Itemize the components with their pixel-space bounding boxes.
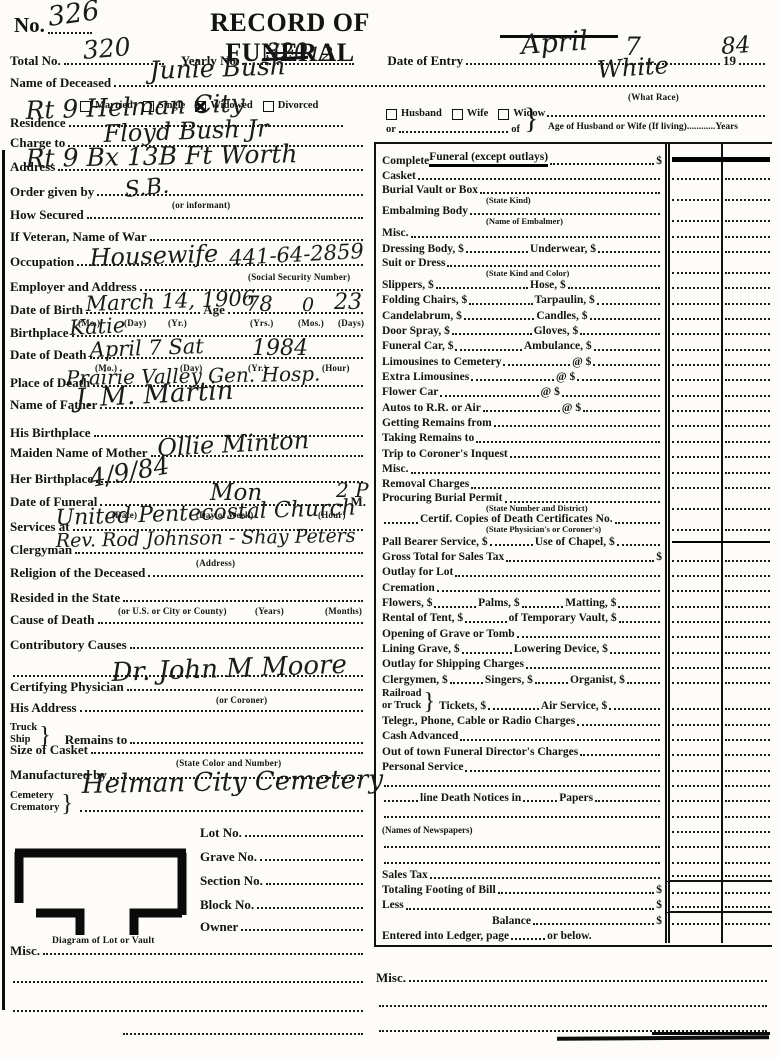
funeral-record-document: No. RECORD OF FUNERAL Total No. Yearly N… bbox=[0, 0, 779, 1058]
dotted-line bbox=[466, 251, 528, 253]
truck-label: Truck bbox=[10, 722, 37, 734]
charge-label: Cash Advanced bbox=[376, 729, 665, 744]
dotted-line bbox=[466, 63, 720, 65]
dotted-line bbox=[672, 199, 719, 201]
charge-row-37: Out of town Funeral Director's Charges bbox=[376, 744, 772, 759]
scan-smudge bbox=[652, 1032, 770, 1035]
charge-row-20: Misc. bbox=[376, 461, 772, 476]
divorced-checkbox bbox=[263, 101, 274, 112]
hw-father: J. M. Martin bbox=[75, 378, 234, 412]
amount-cells bbox=[665, 595, 772, 610]
casket-size-row: Size of Casket bbox=[10, 741, 366, 756]
dotted-line bbox=[725, 560, 770, 562]
amount-cells bbox=[665, 790, 772, 805]
dotted-line bbox=[672, 508, 719, 510]
charge-label: Lining Grave, $Lowering Device, $ bbox=[376, 641, 665, 656]
blank-dotted-row bbox=[10, 999, 366, 1014]
charge-label bbox=[376, 805, 665, 820]
dotted-line bbox=[725, 303, 770, 305]
hw-form-number: 326 bbox=[46, 0, 101, 31]
charge-row-48: Balance$ bbox=[376, 913, 772, 928]
charge-row-19: Trip to Coroner's Inquest bbox=[376, 446, 772, 461]
charge-row-39 bbox=[376, 775, 772, 790]
dotted-line bbox=[447, 265, 660, 267]
dotted-line bbox=[672, 770, 719, 772]
dotted-line bbox=[672, 395, 719, 397]
charge-label: Sales Tax bbox=[376, 867, 665, 882]
dotted-line bbox=[123, 600, 363, 602]
contributory-row: Contributory Causes bbox=[10, 636, 366, 651]
dotted-line bbox=[114, 85, 765, 87]
charge-label: Taking Remains to bbox=[376, 430, 665, 445]
dotted-line bbox=[547, 115, 765, 117]
charge-label: Door Spray, $Gloves, $ bbox=[376, 323, 665, 338]
hw-physician: Dr. John M Moore bbox=[111, 652, 347, 686]
dotted-line bbox=[725, 923, 770, 925]
dotted-line bbox=[725, 667, 770, 669]
blank-dotted-row bbox=[376, 994, 770, 1009]
dotted-line bbox=[672, 621, 719, 623]
amount-cells bbox=[665, 775, 772, 790]
dotted-line bbox=[725, 652, 770, 654]
caption: (State Number and District) bbox=[486, 504, 588, 513]
age-of-spouse-line: Age of Husband or Wife (If living)......… bbox=[548, 122, 738, 132]
physician-label: Certifying Physician bbox=[10, 680, 124, 693]
dotted-line bbox=[672, 606, 719, 608]
dotted-line bbox=[488, 708, 539, 710]
hw-age-years: 78 bbox=[246, 294, 273, 315]
dotted-line bbox=[590, 318, 661, 320]
amount-cells bbox=[665, 913, 772, 928]
hw-death-year: 1984 bbox=[252, 338, 308, 360]
dotted-line bbox=[725, 636, 770, 638]
religion-row: Religion of the Deceased bbox=[10, 564, 366, 579]
dotted-line bbox=[672, 472, 719, 474]
dotted-line bbox=[672, 441, 719, 443]
cemetery-label: Cemetery bbox=[10, 790, 59, 802]
charge-row-4: Embalming Body(Name of Embalmer) bbox=[376, 204, 772, 225]
hw-address: Rt 9 Bx 13B Ft Worth bbox=[26, 141, 298, 171]
block-no-row: Block No. bbox=[200, 896, 366, 911]
dotted-line bbox=[577, 724, 660, 726]
dotted-line bbox=[672, 831, 719, 833]
charge-label: Slippers, $Hose, $ bbox=[376, 277, 665, 292]
dotted-line bbox=[725, 846, 770, 848]
order-given-by-row: Order given by bbox=[10, 183, 366, 198]
charge-label: Misc. bbox=[376, 461, 665, 476]
amount-cells bbox=[665, 256, 772, 277]
blank-dotted-row bbox=[10, 970, 366, 985]
dotted-line bbox=[725, 800, 770, 802]
amount-cells bbox=[665, 821, 772, 836]
dotted-line bbox=[580, 754, 660, 756]
dotted-line bbox=[593, 364, 660, 366]
charge-row-17: Getting Remains from bbox=[376, 415, 772, 430]
wife-label: Wife bbox=[467, 109, 488, 120]
charge-label bbox=[376, 836, 665, 851]
dotted-line bbox=[583, 410, 660, 412]
dotted-line bbox=[725, 724, 770, 726]
charge-label: Dressing Body, $Underwear, $ bbox=[376, 241, 665, 256]
dotted-line bbox=[522, 606, 564, 608]
amount-cells bbox=[665, 241, 772, 256]
dotted-line bbox=[672, 754, 719, 756]
brace: } bbox=[423, 693, 435, 712]
charge-label: Personal Service bbox=[376, 759, 665, 774]
charge-label: Balance$ bbox=[376, 913, 665, 928]
amount-cells bbox=[665, 369, 772, 384]
charge-row-34: Railroador Truck}Tickets, $Air Service, … bbox=[376, 687, 772, 713]
amount-cells bbox=[665, 415, 772, 430]
charge-row-44 bbox=[376, 851, 772, 866]
dotted-line bbox=[725, 287, 770, 289]
dotted-line bbox=[440, 395, 538, 397]
dotted-line bbox=[434, 606, 476, 608]
hw-age-days: 23 bbox=[334, 292, 362, 314]
amount-cells bbox=[665, 477, 772, 492]
dotted-line bbox=[725, 364, 770, 366]
misc-left-label: Misc. bbox=[10, 944, 40, 957]
dotted-line bbox=[409, 980, 767, 982]
dotted-line bbox=[725, 441, 770, 443]
charge-row-38: Personal Service bbox=[376, 759, 772, 774]
charge-row-1: Complete Funeral (except outlays)$ bbox=[376, 144, 772, 168]
charge-label: Clergymen, $Singers, $Organist, $ bbox=[376, 672, 665, 687]
dotted-line bbox=[725, 508, 770, 510]
dotted-line bbox=[725, 333, 770, 335]
charge-label: Totaling Footing of Bill$ bbox=[376, 882, 665, 897]
amount-cells bbox=[665, 565, 772, 580]
caption: (State Kind and Color) bbox=[486, 269, 569, 278]
dotted-line bbox=[523, 800, 557, 802]
section-no-row: Section No. bbox=[200, 872, 366, 887]
dotted-line bbox=[503, 364, 570, 366]
amount-cells bbox=[665, 549, 772, 564]
caption: (State Physician's or Coroner's) bbox=[486, 525, 601, 534]
wife-checkbox bbox=[452, 109, 463, 120]
amount-cells bbox=[665, 729, 772, 744]
date-of-death-label: Date of Death bbox=[10, 348, 87, 361]
dotted-line bbox=[471, 379, 554, 381]
charge-row-16: Autos to R.R. or Air@ $ bbox=[376, 400, 772, 415]
crematory-label: Crematory bbox=[10, 802, 59, 814]
cause-of-death-row: Cause of Death bbox=[10, 611, 366, 626]
dotted-line bbox=[384, 862, 660, 864]
dotted-line bbox=[430, 877, 660, 879]
divorced-label: Divorced bbox=[278, 101, 319, 112]
dotted-line bbox=[672, 425, 719, 427]
dotted-line bbox=[725, 590, 770, 592]
amount-cells bbox=[665, 144, 772, 168]
dotted-line bbox=[672, 287, 719, 289]
religion-label: Religion of the Deceased bbox=[10, 566, 145, 579]
dotted-line bbox=[672, 785, 719, 787]
his-address-row: His Address bbox=[10, 699, 366, 714]
dotted-line bbox=[725, 318, 770, 320]
dotted-line bbox=[672, 906, 719, 908]
dotted-line bbox=[609, 708, 660, 710]
husband-label: Husband bbox=[401, 109, 442, 120]
dotted-line bbox=[672, 364, 719, 366]
charge-label: Telegr., Phone, Cable or Radio Charges bbox=[376, 713, 665, 728]
dotted-line bbox=[469, 303, 532, 305]
dotted-line bbox=[725, 892, 770, 894]
dotted-line bbox=[13, 1010, 363, 1012]
dotted-line bbox=[672, 816, 719, 818]
dotted-line bbox=[13, 981, 363, 983]
dotted-line bbox=[465, 770, 660, 772]
hw-entry-year: 84 bbox=[720, 34, 751, 59]
charge-row-22: Procuring Burial Permit(State Number and… bbox=[376, 492, 772, 513]
amount-cells bbox=[665, 611, 772, 626]
dotted-line bbox=[436, 287, 528, 289]
railroad-truck-stack: Railroador Truck bbox=[382, 688, 421, 712]
dotted-line bbox=[672, 487, 719, 489]
casket-size-label: Size of Casket bbox=[10, 743, 88, 756]
dotted-line bbox=[418, 178, 660, 180]
spouse-or-of-row: or of bbox=[386, 120, 520, 135]
amount-cells bbox=[665, 580, 772, 595]
charge-label bbox=[376, 851, 665, 866]
charge-label: line Death Notices inPapers bbox=[376, 790, 665, 805]
amount-cells bbox=[665, 626, 772, 641]
charge-row-49: Entered into Ledger, pageor below. bbox=[376, 928, 772, 943]
charge-row-26: Outlay for Lot bbox=[376, 565, 772, 580]
dotted-line bbox=[384, 816, 660, 818]
amount-cells bbox=[665, 384, 772, 399]
dotted-line bbox=[483, 410, 560, 412]
hw-date-of-death: April 7 Sat bbox=[89, 336, 204, 361]
charge-label: Outlay for Lot bbox=[376, 565, 665, 580]
charge-label: Limousines to Cemetery@ $ bbox=[376, 354, 665, 369]
scan-smudge bbox=[557, 1035, 769, 1040]
dotted-line bbox=[498, 892, 655, 894]
dotted-line bbox=[672, 379, 719, 381]
dotted-line bbox=[725, 785, 770, 787]
dotted-line bbox=[725, 816, 770, 818]
dotted-line bbox=[672, 892, 719, 894]
amount-cells bbox=[665, 183, 772, 204]
dotted-line bbox=[725, 220, 770, 222]
order-given-by-label: Order given by bbox=[10, 185, 94, 198]
charge-label: Autos to R.R. or Air@ $ bbox=[376, 400, 665, 415]
amount-cells bbox=[665, 759, 772, 774]
how-secured-label: How Secured bbox=[10, 208, 84, 221]
charge-row-25: Gross Total for Sales Tax$ bbox=[376, 549, 772, 564]
dotted-line bbox=[672, 708, 719, 710]
dotted-line bbox=[257, 907, 363, 909]
dotted-line bbox=[460, 739, 660, 741]
charge-label: Out of town Funeral Director's Charges bbox=[376, 744, 665, 759]
dotted-line bbox=[725, 621, 770, 623]
hw-yearly-no: 12 bbox=[308, 44, 333, 64]
amount-cells bbox=[665, 836, 772, 851]
dotted-line bbox=[411, 472, 660, 474]
dotted-line bbox=[568, 287, 660, 289]
her-birthplace-label: Her Birthplace bbox=[10, 472, 93, 485]
dotted-line bbox=[384, 522, 418, 524]
charge-label: Folding Chairs, $Tarpaulin, $ bbox=[376, 292, 665, 307]
charge-label: Flowers, $Palms, $Matting, $ bbox=[376, 595, 665, 610]
dotted-line bbox=[562, 395, 660, 397]
how-secured-row: How Secured bbox=[10, 206, 366, 221]
charge-label: Extra Limousines@ $ bbox=[376, 369, 665, 384]
charge-row-7: Suit or Dress(State Kind and Color) bbox=[376, 256, 772, 277]
no-label: No. bbox=[14, 15, 45, 36]
charge-label: Entered into Ledger, pageor below. bbox=[376, 928, 665, 943]
amount-cells bbox=[665, 308, 772, 323]
caption: (State Kind) bbox=[486, 196, 531, 205]
misc-left-row: Misc. bbox=[10, 942, 366, 957]
dotted-line bbox=[672, 667, 719, 669]
charge-row-30: Opening of Grave or Tomb bbox=[376, 626, 772, 641]
charge-label: Pall Bearer Service, $Use of Chapel, $ bbox=[376, 534, 665, 549]
dotted-line bbox=[580, 333, 660, 335]
hw-name-of-deceased: Junie Bush bbox=[149, 53, 286, 83]
dotted-line bbox=[98, 622, 364, 624]
hw-age-months: 0 bbox=[302, 296, 314, 315]
misc-right-row: Misc. bbox=[376, 969, 770, 984]
dotted-line bbox=[725, 739, 770, 741]
dotted-line bbox=[437, 590, 660, 592]
dotted-line bbox=[672, 251, 719, 253]
dotted-line bbox=[384, 800, 418, 802]
amount-cells bbox=[665, 928, 772, 943]
dotted-line bbox=[672, 349, 719, 351]
charge-row-42: (Names of Newspapers) bbox=[376, 821, 772, 836]
charge-row-13: Limousines to Cemetery@ $ bbox=[376, 354, 772, 369]
charge-row-21: Removal Charges bbox=[376, 477, 772, 492]
handdrawn-line bbox=[672, 157, 770, 162]
charge-label: Flower Car@ $ bbox=[376, 384, 665, 399]
resided-row: Resided in the State bbox=[10, 589, 366, 604]
amount-cells bbox=[665, 534, 772, 549]
date-of-entry-label: Date of Entry bbox=[387, 54, 463, 67]
charge-label: Candelabrum, $Candles, $ bbox=[376, 308, 665, 323]
dotted-line bbox=[526, 667, 660, 669]
amount-cells bbox=[665, 513, 772, 534]
his-address-label: His Address bbox=[10, 701, 77, 714]
charge-row-18: Taking Remains to bbox=[376, 430, 772, 445]
charge-label: Misc. bbox=[376, 225, 665, 240]
amount-cells bbox=[665, 657, 772, 672]
dotted-line bbox=[672, 862, 719, 864]
resided-label: Resided in the State bbox=[10, 591, 120, 604]
dotted-line bbox=[471, 487, 660, 489]
charge-label: Certif. Copies of Death Certificates No.… bbox=[376, 513, 665, 534]
charge-label: Removal Charges bbox=[376, 477, 665, 492]
charge-row-11: Door Spray, $Gloves, $ bbox=[376, 323, 772, 338]
dotted-line bbox=[672, 846, 719, 848]
charge-row-24: Pall Bearer Service, $Use of Chapel, $ bbox=[376, 534, 772, 549]
dotted-line bbox=[411, 236, 660, 238]
dotted-line bbox=[725, 575, 770, 577]
dotted-line bbox=[266, 883, 363, 885]
amount-cells bbox=[665, 204, 772, 225]
dotted-line bbox=[725, 875, 770, 877]
hw-mother: Ollie Minton bbox=[157, 428, 310, 460]
dotted-line bbox=[725, 199, 770, 201]
charge-label: Less$ bbox=[376, 897, 665, 912]
amount-cells bbox=[665, 851, 772, 866]
dotted-line bbox=[594, 349, 660, 351]
dotted-line bbox=[725, 606, 770, 608]
amount-cells bbox=[665, 805, 772, 820]
charge-label: Suit or Dress(State Kind and Color) bbox=[376, 256, 665, 277]
charge-row-45: Sales Tax bbox=[376, 867, 772, 882]
charge-row-23: Certif. Copies of Death Certificates No.… bbox=[376, 513, 772, 534]
owner-row: Owner bbox=[200, 918, 366, 933]
cemetery-stack: CemeteryCrematory bbox=[10, 790, 59, 814]
hw-order-given-by: S.B. bbox=[124, 175, 171, 202]
hw-race: White bbox=[596, 53, 669, 82]
dotted-line bbox=[672, 220, 719, 222]
charge-label: Casket bbox=[376, 168, 665, 183]
dotted-line bbox=[87, 217, 363, 219]
dotted-line bbox=[725, 425, 770, 427]
dotted-line bbox=[739, 63, 765, 65]
dotted-line bbox=[618, 606, 660, 608]
dotted-line bbox=[725, 349, 770, 351]
amount-cells bbox=[665, 292, 772, 307]
section-no-label: Section No. bbox=[200, 874, 263, 887]
charge-row-32: Outlay for Shipping Charges bbox=[376, 657, 772, 672]
charge-label bbox=[376, 775, 665, 790]
charge-label: Embalming Body(Name of Embalmer) bbox=[376, 204, 665, 225]
dotted-line bbox=[725, 862, 770, 864]
lot-no-label: Lot No. bbox=[200, 826, 242, 839]
hw-clergyman: Rev. Rod Johnson - Shay Peters bbox=[56, 527, 356, 551]
charge-row-14: Extra Limousines@ $ bbox=[376, 369, 772, 384]
widow-checkbox bbox=[498, 109, 509, 120]
dotted-line bbox=[399, 131, 508, 133]
charge-row-41 bbox=[376, 805, 772, 820]
charge-row-40: line Death Notices inPapers bbox=[376, 790, 772, 805]
charge-row-43 bbox=[376, 836, 772, 851]
dotted-line bbox=[672, 318, 719, 320]
dotted-line bbox=[725, 831, 770, 833]
spouse-age-dotted bbox=[544, 104, 768, 119]
charge-label: Procuring Burial Permit(State Number and… bbox=[376, 492, 665, 513]
amount-cells bbox=[665, 641, 772, 656]
dotted-line bbox=[510, 456, 660, 458]
dotted-line bbox=[464, 318, 535, 320]
dotted-line bbox=[627, 682, 660, 684]
dotted-line bbox=[672, 333, 719, 335]
dotted-line bbox=[476, 441, 660, 443]
dotted-line bbox=[672, 560, 719, 562]
grave-no-row: Grave No. bbox=[200, 848, 366, 863]
dotted-line bbox=[725, 487, 770, 489]
dotted-line bbox=[610, 652, 660, 654]
dotted-line bbox=[597, 303, 660, 305]
dotted-line bbox=[452, 333, 532, 335]
dotted-line bbox=[725, 178, 770, 180]
or-label: or bbox=[386, 125, 396, 136]
dotted-line bbox=[615, 522, 660, 524]
charge-row-2: Casket bbox=[376, 168, 772, 183]
hw-cemetery: Helman City Cemetery bbox=[82, 767, 384, 798]
dotted-line bbox=[406, 908, 655, 910]
dotted-line bbox=[725, 906, 770, 908]
dotted-line bbox=[465, 621, 506, 623]
dotted-line bbox=[462, 652, 512, 654]
dotted-line bbox=[490, 544, 533, 546]
charge-label: (Names of Newspapers) bbox=[376, 821, 665, 836]
dotted-line bbox=[379, 1005, 767, 1007]
dotted-line bbox=[725, 272, 770, 274]
dotted-line bbox=[148, 575, 363, 577]
